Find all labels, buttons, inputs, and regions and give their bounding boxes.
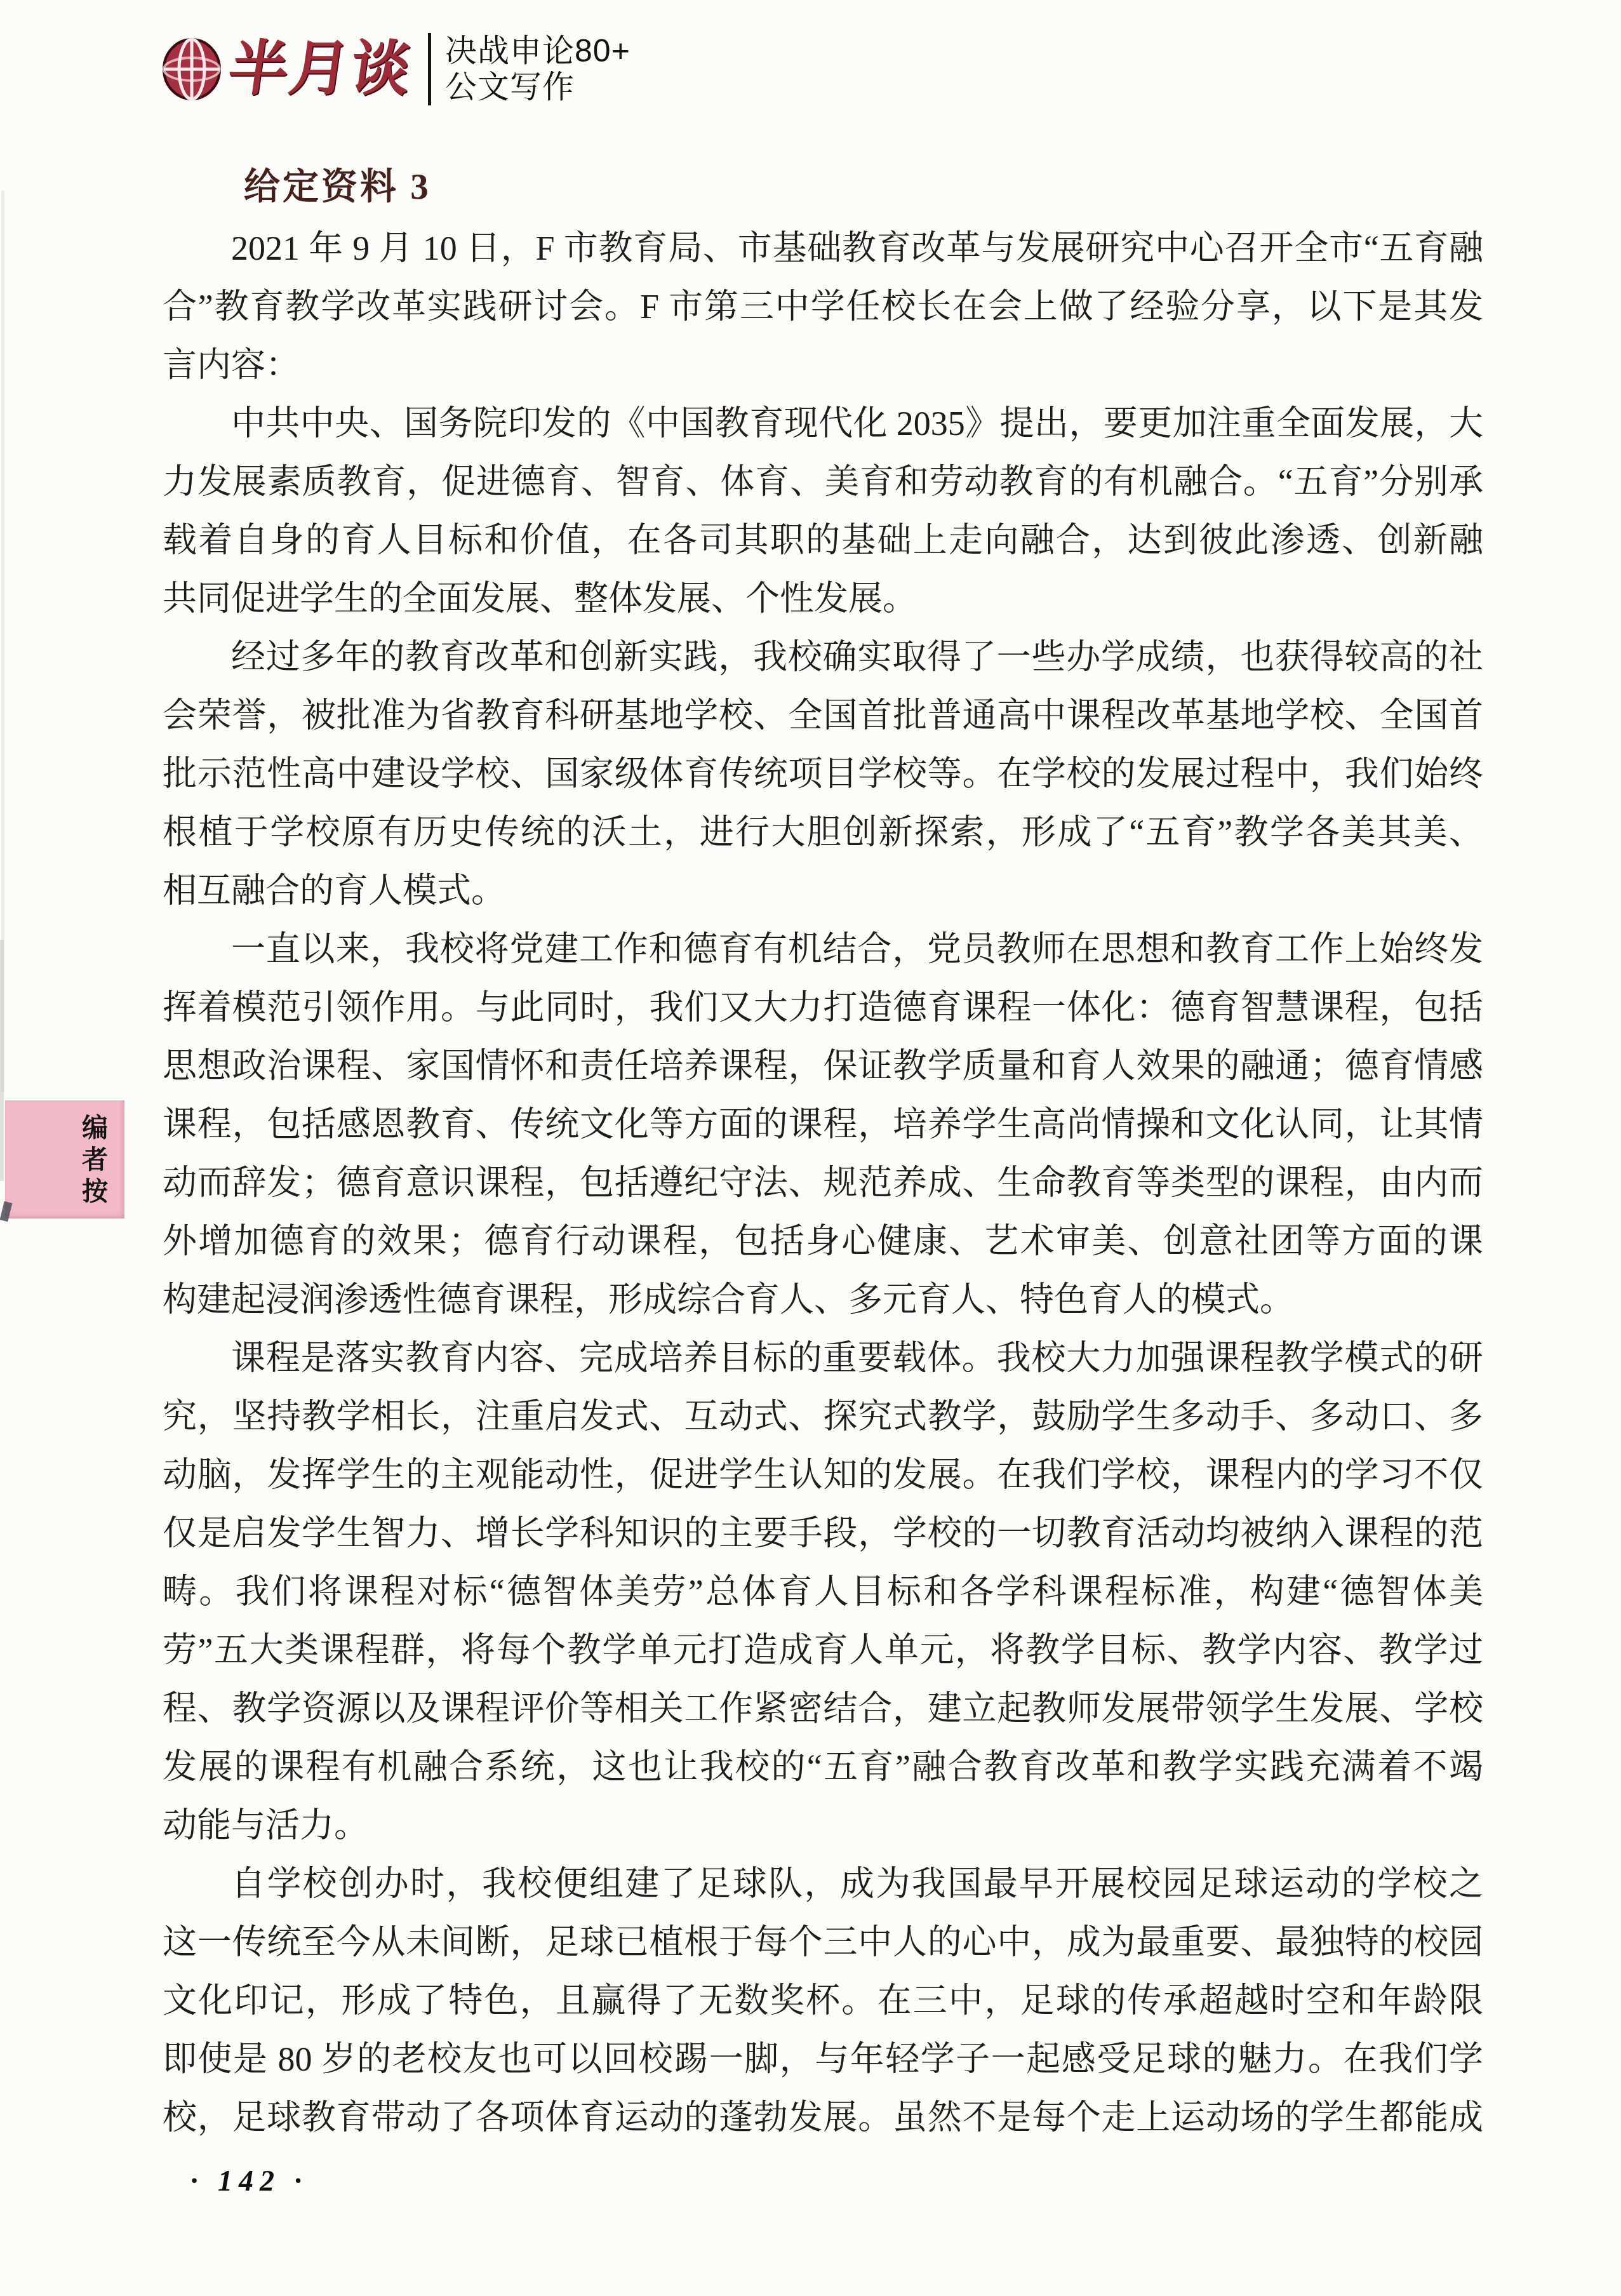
- text-line: 动能与活力。: [163, 1796, 1483, 1855]
- header-divider: [428, 33, 431, 105]
- section-title: 给定资料 3: [244, 157, 431, 210]
- globe-icon: [163, 37, 223, 101]
- text-line: 2021 年 9 月 10 日，F 市教育局、市基础教育改革与发展研究中心召开全…: [163, 219, 1483, 277]
- text-line: 载着自身的育人目标和价值，在各司其职的基础上走向融合，达到彼此渗透、创新融合，: [163, 511, 1483, 570]
- text-line: 校，足球教育带动了各项体育运动的蓬勃发展。虽然不是每个走上运动场的学生都能成: [163, 2088, 1483, 2147]
- editor-note-tab: 编 者 按: [5, 1100, 124, 1218]
- text-line: 即使是 80 岁的老校友也可以回校踢一脚，与年轻学子一起感受足球的魅力。在我们学: [163, 2030, 1483, 2088]
- text-line: 相互融合的育人模式。: [163, 862, 1483, 920]
- text-line: 课程，包括感恩教育、传统文化等方面的课程，培养学生高尚情操和文化认同，让其情: [163, 1095, 1483, 1154]
- text-line: 力发展素质教育，促进德育、智育、体育、美育和劳动教育的有机融合。“五育”分别承: [163, 453, 1483, 511]
- text-line: 发展的课程有机融合系统，这也让我校的“五育”融合教育改革和教学实践充满着不竭: [163, 1738, 1483, 1796]
- text-line: 挥着模范引领作用。与此同时，我们又大力打造德育课程一体化：德育智慧课程，包括: [163, 978, 1483, 1037]
- text-line: 思想政治课程、家国情怀和责任培养课程，保证教学质量和育人效果的融通；德育情感: [163, 1037, 1483, 1095]
- series-title-line1: 决战申论80+: [445, 33, 630, 69]
- text-line: 言内容：: [163, 336, 1483, 394]
- text-line: 批示范性高中建设学校、国家级体育传统项目学校等。在学校的发展过程中，我们始终: [163, 745, 1483, 803]
- text-line: 这一传统至今从未间断，足球已植根于每个三中人的心中，成为最重要、最独特的校园: [163, 1913, 1483, 1972]
- text-line: 文化印记，形成了特色，且赢得了无数奖杯。在三中，足球的传承超越时空和年龄限制，: [163, 1972, 1483, 2030]
- tab-char: 者: [82, 1147, 108, 1173]
- text-line: 究，坚持教学相长，注重启发式、互动式、探究式教学，鼓励学生多动手、多动口、多: [163, 1387, 1483, 1446]
- series-title: 决战申论80+ 公文写作: [445, 33, 630, 105]
- scan-artifact: [0, 940, 4, 1181]
- tab-char: 按: [82, 1178, 108, 1205]
- text-line: 根植于学校原有历史传统的沃土，进行大胆创新探索，形成了“五育”教学各美其美、: [163, 803, 1483, 862]
- document-page: 半月谈 决战申论80+ 公文写作 给定资料 3 2021 年 9 月 10 日，…: [0, 0, 1621, 2296]
- text-line: 一直以来，我校将党建工作和德育有机结合，党员教师在思想和教育工作上始终发: [163, 920, 1483, 978]
- banyuetan-logo: 半月谈: [163, 37, 411, 101]
- text-line: 劳”五大类课程群，将每个教学单元打造成育人单元，将教学目标、教学内容、教学过: [163, 1621, 1483, 1679]
- text-line: 动脑，发挥学生的主观能动性，促进学生认知的发展。在我们学校，课程内的学习不仅: [163, 1446, 1483, 1504]
- text-line: 共同促进学生的全面发展、整体发展、个性发展。: [163, 570, 1483, 628]
- text-line: 经过多年的教育改革和创新实践，我校确实取得了一些办学成绩，也获得较高的社: [163, 628, 1483, 686]
- text-line: 合”教育教学改革实践研讨会。F 市第三中学任校长在会上做了经验分享，以下是其发: [163, 277, 1483, 336]
- page-header: 半月谈 决战申论80+ 公文写作: [163, 33, 630, 105]
- text-line: 外增加德育的效果；德育行动课程，包括身心健康、艺术审美、创意社团等方面的课程，: [163, 1212, 1483, 1271]
- logo-text: 半月谈: [224, 37, 416, 101]
- text-line: 课程是落实教育内容、完成培养目标的重要载体。我校大力加强课程教学模式的研: [163, 1329, 1483, 1387]
- text-line: 自学校创办时，我校便组建了足球队，成为我国最早开展校园足球运动的学校之一。: [163, 1855, 1483, 1913]
- document-body: 2021 年 9 月 10 日，F 市教育局、市基础教育改革与发展研究中心召开全…: [163, 219, 1483, 2147]
- text-line: 会荣誉，被批准为省教育科研基地学校、全国首批普通高中课程改革基地学校、全国首: [163, 686, 1483, 745]
- text-line: 中共中央、国务院印发的《中国教育现代化 2035》提出，要更加注重全面发展，大: [163, 394, 1483, 453]
- page-number: · 142 ·: [190, 2164, 308, 2198]
- text-line: 畴。我们将课程对标“德智体美劳”总体育人目标和各学科课程标准，构建“德智体美: [163, 1563, 1483, 1621]
- text-line: 仅是启发学生智力、增长学科知识的主要手段，学校的一切教育活动均被纳入课程的范: [163, 1504, 1483, 1563]
- text-line: 构建起浸润渗透性德育课程，形成综合育人、多元育人、特色育人的模式。: [163, 1271, 1483, 1329]
- text-line: 动而辞发；德育意识课程，包括遵纪守法、规范养成、生命教育等类型的课程，由内而: [163, 1154, 1483, 1212]
- series-title-line2: 公文写作: [445, 69, 630, 105]
- tab-char: 编: [82, 1115, 108, 1141]
- text-line: 程、教学资源以及课程评价等相关工作紧密结合，建立起教师发展带领学生发展、学校: [163, 1679, 1483, 1738]
